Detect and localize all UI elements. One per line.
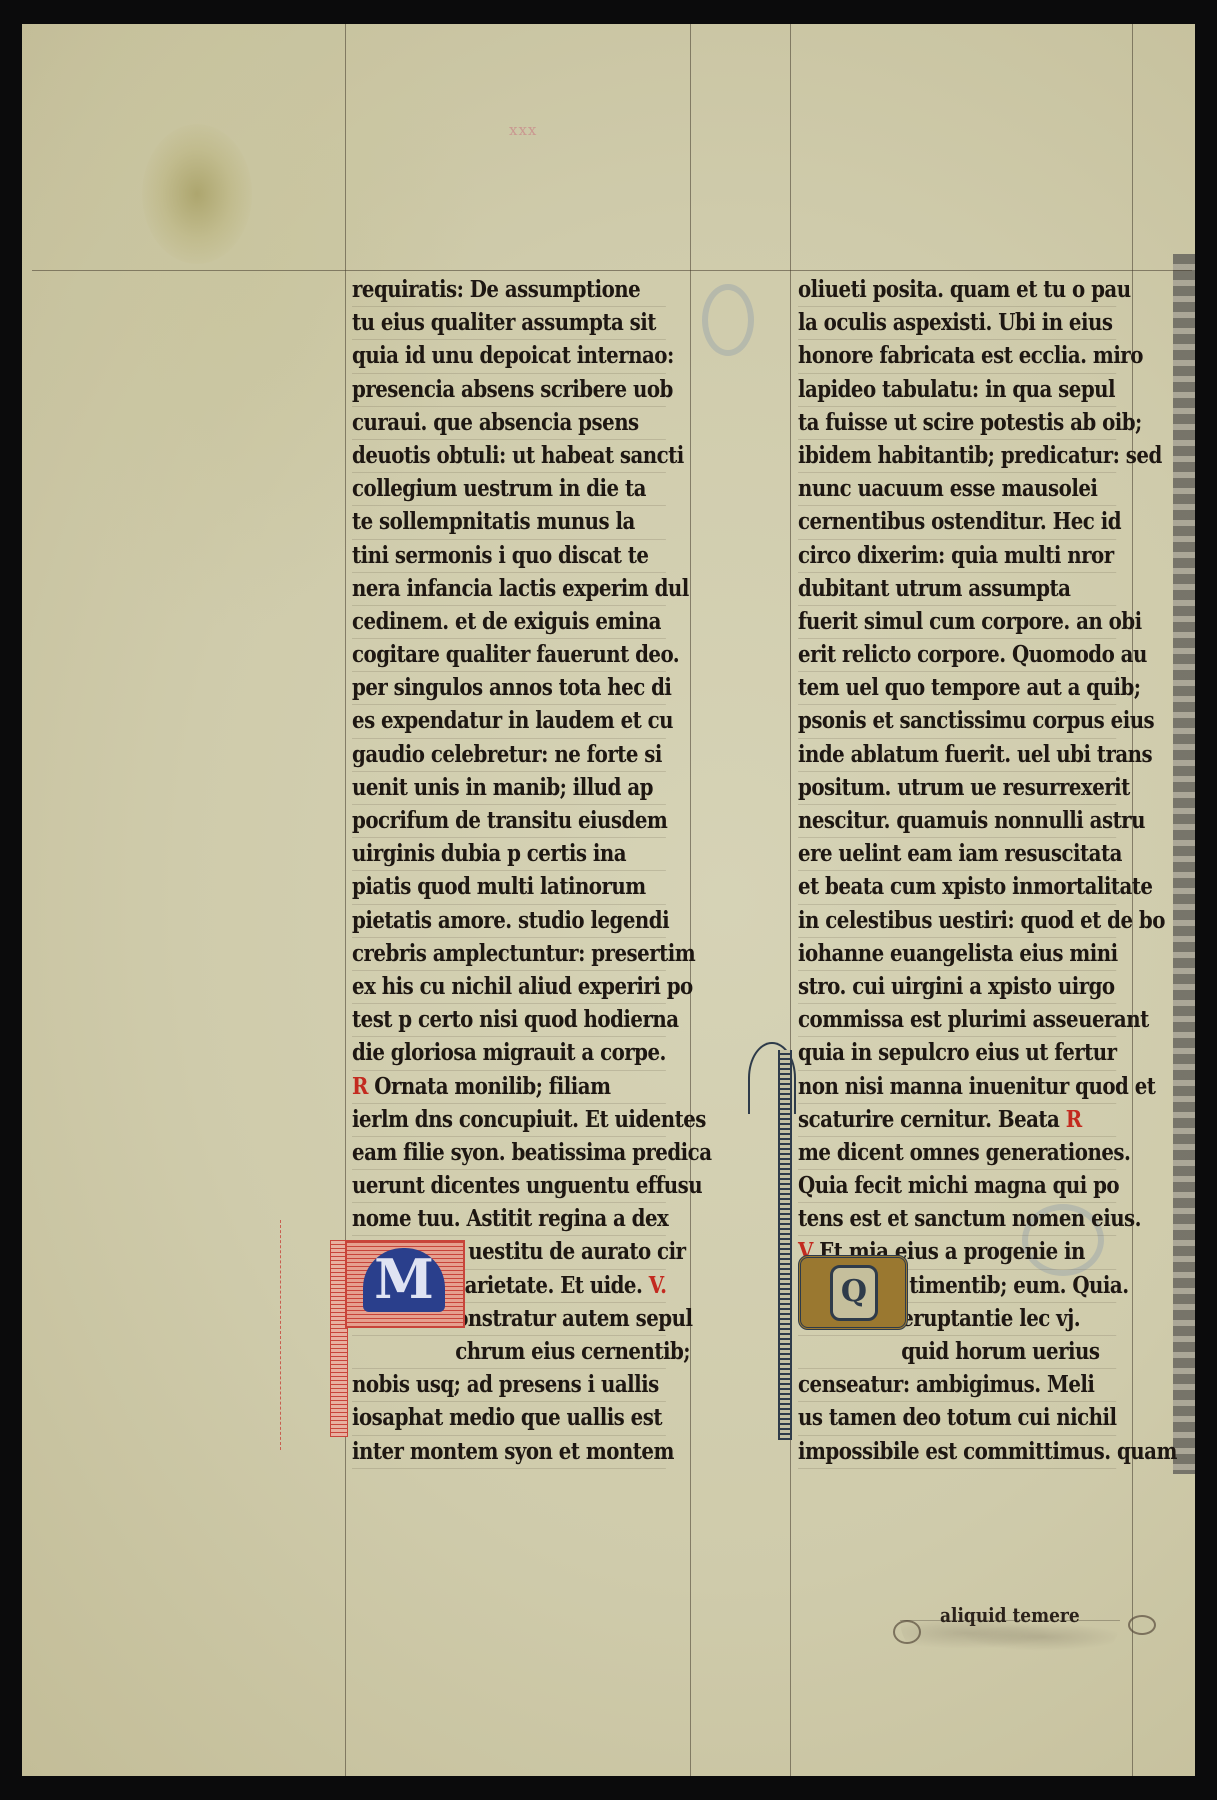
text-line: gaudio celebretur: ne forte si (352, 739, 666, 772)
text-line: censeatur: ambigimus. Meli (798, 1369, 1116, 1402)
text-line: uenit unis in manib; illud ap (352, 772, 666, 805)
text-line: la oculis aspexisti. Ubi in eius (798, 307, 1116, 340)
acorn-icon (1128, 1615, 1156, 1635)
response-rubric-mark: R (1066, 1106, 1082, 1133)
text-line: es expendatur in laudem et cu (352, 705, 666, 738)
text-line: te sollempnitatis munus la (352, 506, 666, 539)
adjacent-page-edge (1173, 254, 1195, 1474)
text-line: honore fabricata est ecclia. miro (798, 340, 1116, 373)
text-line: lapideo tabulatu: in qua sepul (798, 374, 1116, 407)
text-line: cernentibus ostenditur. Hec id (798, 506, 1116, 539)
text-line: ere uelint eam iam resuscitata (798, 838, 1116, 871)
text-line: deuotis obtuli: ut habeat sancti (352, 440, 666, 473)
text-line: uirginis dubia p certis ina (352, 838, 666, 871)
text-line: erit relicto corpore. Quomodo au (798, 639, 1116, 672)
text-line: psonis et sanctissimu corpus eius (798, 705, 1116, 738)
text-line: impossibile est committimus. quam (798, 1436, 1116, 1469)
water-stain (142, 124, 252, 264)
text-line: piatis quod multi latinorum (352, 871, 666, 904)
versicle-rubric-mark: V. (649, 1272, 667, 1299)
text-line: per singulos annos tota hec di (352, 672, 666, 705)
text-line: inde ablatum fuerit. uel ubi trans (798, 739, 1116, 772)
text-line: tu eius qualiter assumpta sit (352, 307, 666, 340)
ruling-line-right-outer (790, 24, 791, 1776)
catchword: aliquid temere (940, 1603, 1080, 1627)
text-line: Quia fecit michi magna qui po (798, 1170, 1116, 1203)
text-line: dubitant utrum assumpta (798, 573, 1116, 606)
text-line: die gloriosa migrauit a corpe. (352, 1037, 666, 1070)
text-line-rubric: scaturire cernitur. Beata R (798, 1104, 1116, 1137)
text-line: quid horum uerius (798, 1336, 1116, 1369)
text-line: nescitur. quamuis nonnulli astru (798, 805, 1116, 838)
text-line: cogitare qualiter fauerunt deo. (352, 639, 666, 672)
text-line: quia id unu depoicat internao: (352, 340, 666, 373)
decorated-initial-q: Q (798, 1255, 908, 1330)
text-line: iohanne euangelista eius mini (798, 938, 1116, 971)
text-line: nobis usq; ad presens i uallis (352, 1369, 666, 1402)
penwork-stem-blue (778, 1050, 792, 1440)
text-line: stro. cui uirgini a xpisto uirgo (798, 971, 1116, 1004)
text-line: pocrifum de transitu eiusdem (352, 805, 666, 838)
text-line: quia in sepulcro eius ut fertur (798, 1037, 1116, 1070)
text-line: pietatis amore. studio legendi (352, 905, 666, 938)
text-line-content: scaturire cernitur. Beata (798, 1106, 1059, 1133)
text-line: tini sermonis i quo discat te (352, 540, 666, 573)
text-line: us tamen deo totum cui nichil (798, 1402, 1116, 1435)
text-line: presencia absens scribere uob (352, 374, 666, 407)
text-line: tem uel quo tempore aut a quib; (798, 672, 1116, 705)
text-line: curaui. que absencia psens (352, 407, 666, 440)
text-line: et beata cum xpisto inmortalitate (798, 871, 1116, 904)
text-line: nunc uacuum esse mausolei (798, 473, 1116, 506)
response-rubric-mark: R (352, 1073, 368, 1100)
text-line-content: Ornata monilib; filiam (374, 1073, 610, 1100)
text-line: requiratis: De assumptione (352, 274, 666, 307)
text-line: oliueti posita. quam et tu o pau (798, 274, 1116, 307)
text-line: nera infancia lactis experim dul (352, 573, 666, 606)
text-line-rubric: R Ornata monilib; filiam (352, 1071, 666, 1104)
text-line: iosaphat medio que uallis est (352, 1402, 666, 1435)
text-line: inter montem syon et montem (352, 1436, 666, 1469)
initial-letter: M (363, 1248, 445, 1312)
text-line: chrum eius cernentib; (352, 1336, 666, 1369)
text-line: positum. utrum ue resurrexerit (798, 772, 1116, 805)
initial-letter: Q (830, 1265, 878, 1321)
text-line: cedinem. et de exiguis emina (352, 606, 666, 639)
text-line: me dicent omnes generationes. (798, 1137, 1116, 1170)
text-line: tens est et sanctum nomen eius. (798, 1203, 1116, 1236)
text-line: collegium uestrum in die ta (352, 473, 666, 506)
ruling-line-left-outer (345, 24, 346, 1776)
ruling-line-top (32, 270, 1192, 271)
text-line: in celestibus uestiri: quod et de bo (798, 905, 1116, 938)
text-line: ex his cu nichil aliud experiri po (352, 971, 666, 1004)
text-line: commissa est plurimi asseuerant (798, 1004, 1116, 1037)
text-line: ierlm dns concupiuit. Et uidentes (352, 1104, 666, 1137)
decorated-initial-m: M (345, 1240, 465, 1328)
text-line: uerunt dicentes unguentu effusu (352, 1170, 666, 1203)
text-line: non nisi manna inuenitur quod et (798, 1071, 1116, 1104)
text-line: test p certo nisi quod hodierna (352, 1004, 666, 1037)
text-line: eam filie syon. beatissima predica (352, 1137, 666, 1170)
text-line: ta fuisse ut scire potestis ab oib; (798, 407, 1116, 440)
top-margin-note: xxx (509, 121, 537, 139)
text-line: fuerit simul cum corpore. an obi (798, 606, 1116, 639)
text-line: crebris amplectuntur: presertim (352, 938, 666, 971)
text-line: ibidem habitantib; predicatur: sed (798, 440, 1116, 473)
text-line: circo dixerim: quia multi nror (798, 540, 1116, 573)
text-line: nome tuu. Astitit regina a dex (352, 1203, 666, 1236)
